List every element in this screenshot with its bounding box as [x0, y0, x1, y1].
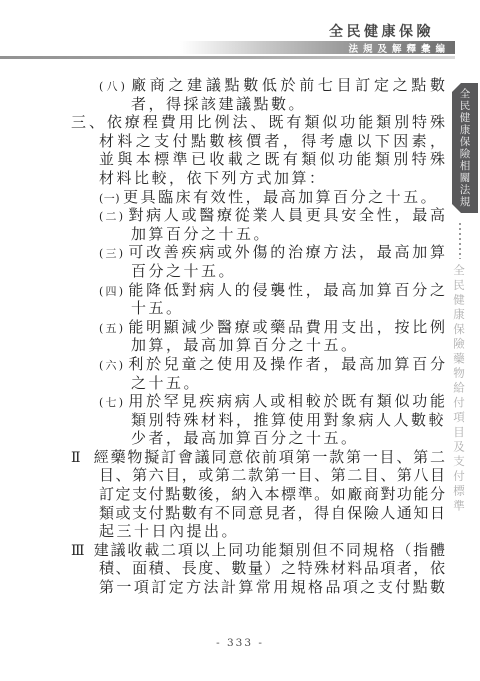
text-line: Ⅱ經藥物擬訂會議同意依前項第一款第一目、第二 — [71, 448, 446, 467]
text-line: 類別特殊材料，推算使用對象病人人數較 — [131, 411, 446, 430]
text-line: 起三十日內提出。 — [99, 522, 446, 541]
list-marker: Ⅲ — [71, 542, 93, 561]
line-text: 加算百分之十五。 — [131, 225, 271, 243]
line-text: 三、依療程費用比例法、既有類似功能類別特殊 — [71, 113, 446, 131]
line-text: 加算，最高加算百分之十五。 — [131, 336, 359, 354]
list-marker: (二) — [99, 210, 124, 223]
body-lines: (八)廠商之建議點數低於前七目訂定之點數者，得採該建議點數。三、依療程費用比例法… — [0, 76, 480, 597]
line-text: 材料比較，依下列方式加算： — [99, 169, 327, 187]
line-text: 利於兒童之使用及操作者，最高加算百分 — [127, 355, 446, 373]
line-text: 對病人或醫療從業人員更具安全性，最高 — [127, 206, 446, 224]
list-marker: (八) — [99, 80, 125, 93]
line-text: 廠商之建議點數低於前七目訂定之點數 — [128, 76, 446, 94]
text-line: 加算百分之十五。 — [131, 225, 446, 244]
page-number: - 333 - — [0, 637, 480, 649]
text-line: (七)用於罕見疾病病人或相較於既有類似功能 — [99, 392, 446, 411]
line-text: 類或支付點數有不同意見者，得自保險人通知日 — [99, 504, 446, 522]
line-text: 用於罕見疾病病人或相較於既有類似功能 — [127, 392, 446, 410]
line-text: 能降低對病人的侵襲性，最高加算百分之 — [127, 281, 446, 299]
text-line: (三)可改善疾病或外傷的治療方法，最高加算 — [99, 243, 446, 262]
text-line: (六)利於兒童之使用及操作者，最高加算百分 — [99, 355, 446, 374]
text-line: Ⅲ建議收載二項以上同功能類別但不同規格（指體 — [71, 541, 446, 560]
list-marker: (一) — [99, 192, 120, 205]
line-text: 經藥物擬訂會議同意依前項第一款第一目、第二 — [93, 448, 446, 466]
text-line: 少者，最高加算百分之十五。 — [131, 429, 446, 448]
header-rule — [0, 56, 455, 59]
text-line: 三、依療程費用比例法、既有類似功能類別特殊 — [71, 113, 446, 132]
text-line: 加算，最高加算百分之十五。 — [131, 336, 446, 355]
line-text: 十五。 — [131, 299, 184, 317]
text-line: 類或支付點數有不同意見者，得自保險人通知日 — [99, 504, 446, 523]
line-text: 之十五。 — [131, 374, 201, 392]
line-text: 少者，最高加算百分之十五。 — [131, 429, 359, 447]
line-text: 類別特殊材料，推算使用對象病人人數較 — [131, 411, 446, 429]
text-line: (二)對病人或醫療從業人員更具安全性，最高 — [99, 206, 446, 225]
book-title: 全民健康保險 — [329, 21, 434, 41]
text-line: 訂定支付點數後，納入本標準。如廠商對功能分 — [99, 485, 446, 504]
subtitle-gradient-bar: 法規及解釋彙編 — [180, 41, 455, 54]
text-line: 者，得採該建議點數。 — [131, 95, 446, 114]
text-line: 百分之十五。 — [131, 262, 446, 281]
line-text: 積、面積、長度、數量）之特殊材料品項者，依 — [99, 559, 446, 577]
line-text: 建議收載二項以上同功能類別但不同規格（指體 — [93, 541, 446, 559]
list-marker: (七) — [99, 396, 124, 409]
line-text: 者，得採該建議點數。 — [131, 95, 306, 113]
text-line: 材料之支付點數核價者，得考慮以下因素， — [99, 132, 446, 151]
text-line: 材料比較，依下列方式加算： — [99, 169, 446, 188]
line-text: 目、第六目，或第二款第一目、第二目、第八目 — [99, 466, 446, 484]
text-line: 之十五。 — [131, 374, 446, 393]
document-page: 全民健康保險 法規及解釋彙編 全民健康保險相關法規 全民健康保險藥物給付項目及支… — [0, 0, 480, 681]
text-line: 並與本標準已收載之既有類似功能類別特殊 — [99, 150, 446, 169]
text-line: (四)能降低對病人的侵襲性，最高加算百分之 — [99, 281, 446, 300]
line-text: 可改善疾病或外傷的治療方法，最高加算 — [127, 243, 446, 261]
text-line: (五)能明顯減少醫療或藥品費用支出，按比例 — [99, 318, 446, 337]
text-line: 第一項訂定方法計算常用規格品項之支付點數 — [99, 578, 446, 597]
list-marker: (四) — [99, 285, 124, 298]
text-line: (一)更具臨床有效性，最高加算百分之十五。 — [99, 188, 446, 207]
text-line: 目、第六目，或第二款第一目、第二目、第八目 — [99, 466, 446, 485]
list-marker: (三) — [99, 247, 124, 260]
line-text: 能明顯減少醫療或藥品費用支出，按比例 — [127, 318, 446, 336]
list-marker: (六) — [99, 359, 124, 372]
line-text: 訂定支付點數後，納入本標準。如廠商對功能分 — [99, 485, 446, 503]
list-marker: Ⅱ — [71, 449, 93, 468]
text-line: (八)廠商之建議點數低於前七目訂定之點數 — [99, 76, 446, 95]
line-text: 更具臨床有效性，最高加算百分之十五。 — [123, 188, 438, 206]
book-subtitle: 法規及解釋彙編 — [348, 41, 450, 55]
line-text: 並與本標準已收載之既有類似功能類別特殊 — [99, 150, 446, 168]
list-marker: (五) — [99, 322, 124, 335]
line-text: 材料之支付點數核價者，得考慮以下因素， — [99, 132, 446, 150]
text-line: 積、面積、長度、數量）之特殊材料品項者，依 — [99, 559, 446, 578]
text-line: 十五。 — [131, 299, 446, 318]
line-text: 起三十日內提出。 — [99, 522, 239, 540]
line-text: 第一項訂定方法計算常用規格品項之支付點數 — [99, 578, 446, 596]
line-text: 百分之十五。 — [131, 262, 236, 280]
